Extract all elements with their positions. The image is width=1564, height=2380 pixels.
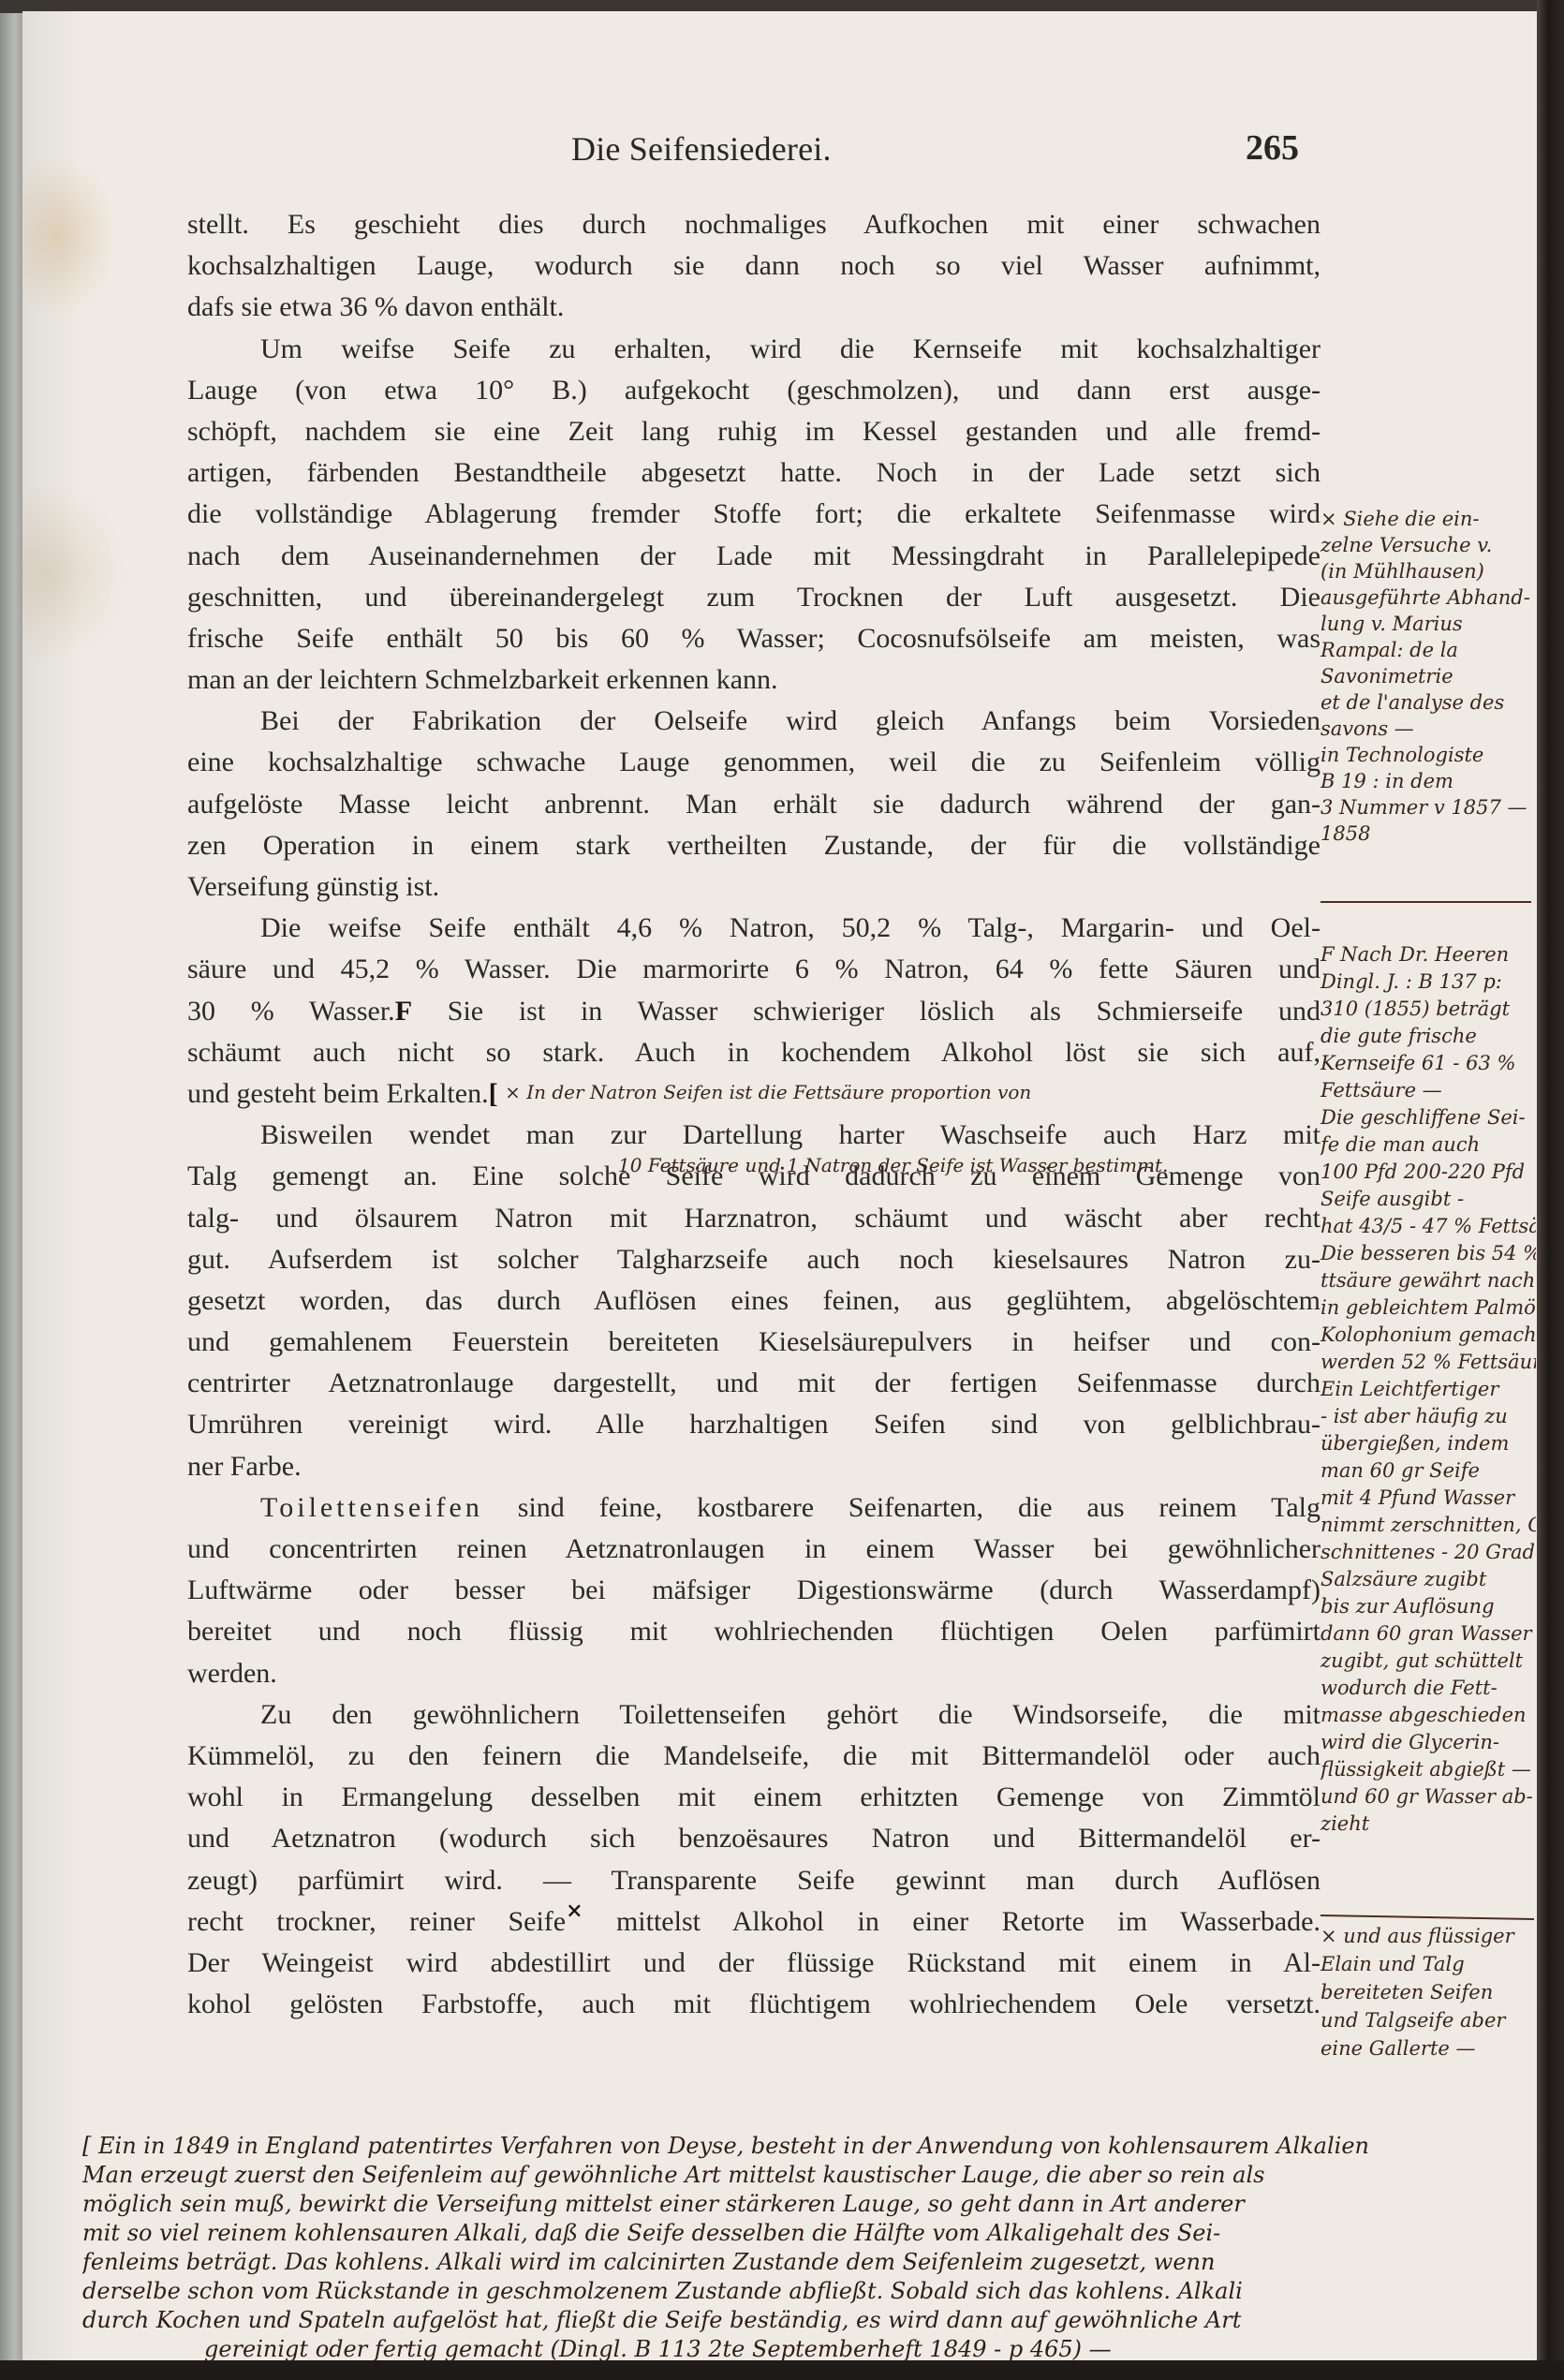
note-line: fe die man auch (1321, 1131, 1536, 1159)
running-head: Die Seifensiederei. (571, 129, 832, 169)
note-line: gereinigt oder fertig gemacht (Dingl. B … (82, 2335, 1525, 2364)
note-line: Dingl. J. : B 137 p: (1321, 968, 1536, 996)
text-line: Umrühren vereinigt wird. Alle harzhaltig… (187, 1404, 1321, 1445)
note-line: ausgeführte Abhand- (1321, 584, 1536, 611)
note-line: [ Ein in 1849 in England patentirtes Ver… (82, 2132, 1525, 2161)
note-line: Die geschliffene Sei- (1321, 1104, 1536, 1131)
margin-divider-rule (1321, 901, 1531, 903)
note-line: und 60 gr Wasser ab- (1321, 1783, 1536, 1811)
note-line: Seife ausgibt - (1321, 1186, 1536, 1213)
note-line: bis zur Auflösung (1321, 1593, 1536, 1620)
text-line: und gesteht beim Erkalten.[ × In der Nat… (187, 1073, 1321, 1115)
note-line: 3 Nummer v 1857 — (1321, 794, 1536, 820)
note-line: Rampal: de la (1321, 637, 1536, 663)
text-line: Toilettenseifen sind feine, kostbarere S… (187, 1487, 1321, 1529)
note-line: möglich sein muß, bewirkt die Verseifung… (82, 2190, 1525, 2219)
text-line: nach dem Auseinandernehmen der Lade mit … (187, 536, 1321, 577)
text-line: Die weifse Seife enthält 4,6 % Natron, 5… (187, 908, 1321, 949)
text-line: schöpft, nachdem sie eine Zeit lang ruhi… (187, 411, 1321, 452)
note-line: hat 43/5 - 47 % Fettsäure (1321, 1213, 1536, 1240)
note-line: 100 Pfd 200-220 Pfd (1321, 1159, 1536, 1186)
note-line: zieht (1321, 1811, 1536, 1838)
note-line: F Nach Dr. Heeren (1321, 941, 1536, 968)
text-line: kochsalzhaltigen Lauge, wodurch sie dann… (187, 245, 1321, 287)
note-line: Ein Leichtfertiger (1321, 1376, 1536, 1403)
handwritten-footnote: [ Ein in 1849 in England patentirtes Ver… (82, 2132, 1525, 2364)
note-line: derselbe schon vom Rückstande in geschmo… (82, 2277, 1525, 2306)
text-line: aufgelöste Masse leicht anbrennt. Man er… (187, 784, 1321, 825)
note-line: fenleims beträgt. Das kohlens. Alkali wi… (82, 2248, 1525, 2277)
text-line: artigen, färbenden Bestandtheile abgeset… (187, 452, 1321, 494)
text-line: 30 % Wasser.F Sie ist in Wasser schwieri… (187, 991, 1321, 1032)
inline-handwritten-note: × In der Natron Seifen ist die Fettsäure… (505, 1081, 1031, 1103)
note-line: bereiteten Seifen (1321, 1978, 1536, 2006)
note-line: masse abgeschieden (1321, 1702, 1536, 1729)
note-line: - ist aber häufig zu (1321, 1403, 1536, 1430)
text-line: ner Farbe. (187, 1446, 1321, 1487)
note-line: savons — (1321, 716, 1536, 742)
note-line: et de l'analyse des (1321, 689, 1536, 716)
note-line: Kernseife 61 - 63 % (1321, 1050, 1536, 1077)
note-line: flüssigkeit abgießt — (1321, 1756, 1536, 1783)
note-line: B 19 : in dem (1321, 768, 1536, 794)
text-line: Der Weingeist wird abdestillirt und der … (187, 1943, 1321, 1984)
text-line: geschnitten, und übereinandergelegt zum … (187, 577, 1321, 618)
text-fragment: mittelst Alkohol in einer Retorte im Was… (616, 1906, 1321, 1937)
text-line: bereitet und noch flüssig mit wohlrieche… (187, 1611, 1321, 1652)
text-line: talg- und ölsaurem Natron mit Harznatron… (187, 1198, 1321, 1239)
note-line: Kolophonium gemacht (1321, 1322, 1536, 1349)
book-spine (0, 0, 24, 2380)
note-line: und Talgseife aber (1321, 2006, 1536, 2034)
note-line: übergießen, indem (1321, 1430, 1536, 1457)
text-line: Kümmelöl, zu den feinern die Mandelseife… (187, 1736, 1321, 1777)
note-line: Salzsäure zugibt (1321, 1566, 1536, 1593)
text-line: und Aetznatron (wodurch sich benzoësaure… (187, 1818, 1321, 1859)
note-line: ttsäure gewährt nach (1321, 1267, 1536, 1294)
text-line: und gemahlenem Feuerstein bereiteten Kie… (187, 1322, 1321, 1363)
text-line: werden. (187, 1653, 1321, 1694)
note-line: die gute frische (1321, 1023, 1536, 1050)
text-line: wohl in Ermangelung desselben mit einem … (187, 1777, 1321, 1818)
note-line: lung v. Marius (1321, 611, 1536, 637)
text-line: säure und 45,2 % Wasser. Die marmorirte … (187, 949, 1321, 990)
note-line: Elain und Talg (1321, 1950, 1536, 1978)
note-line: in Technologiste (1321, 742, 1536, 768)
note-line: wird die Glycerin- (1321, 1729, 1536, 1756)
note-line: dann 60 gran Wasser (1321, 1620, 1536, 1648)
insertion-mark-bracket: [ (489, 1078, 498, 1109)
text-fragment: recht trockner, reiner Seife (187, 1906, 566, 1937)
note-line: man 60 gr Seife (1321, 1457, 1536, 1485)
insertion-mark-f: F (395, 996, 412, 1027)
text-line: eine kochsalzhaltige schwache Lauge geno… (187, 742, 1321, 783)
note-line: mit so viel reinem kohlensauren Alkali, … (82, 2219, 1525, 2248)
body-text: stellt. Es geschieht dies durch nochmali… (187, 204, 1321, 2025)
text-line: Um weifse Seife zu erhalten, wird die Ke… (187, 329, 1321, 370)
text-line: recht trockner, reiner Seife× mittelst A… (187, 1901, 1321, 1943)
text-line: zeugt) parfümirt wird. — Transparente Se… (187, 1860, 1321, 1901)
note-line: Fettsäure — (1321, 1077, 1536, 1104)
text-line: zen Operation in einem stark vertheilten… (187, 825, 1321, 866)
text-line: Bisweilen wendet man zur Dartellung hart… (187, 1115, 1321, 1156)
text-fragment: sind feine, kostbarere Seifenarten, die … (518, 1492, 1321, 1523)
text-line: und concentrirten reinen Aetznatronlauge… (187, 1529, 1321, 1570)
note-line: zugibt, gut schüttelt (1321, 1648, 1536, 1675)
insertion-mark-x: × (566, 1899, 583, 1923)
note-line: durch Kochen und Spateln aufgelöst hat, … (82, 2306, 1525, 2335)
margin-note-heeren: F Nach Dr. Heeren Dingl. J. : B 137 p: 3… (1321, 941, 1536, 1838)
text-line: centrirter Aetznatronlauge dargestellt, … (187, 1363, 1321, 1404)
text-line: kohol gelösten Farbstoffe, auch mit flüc… (187, 1984, 1321, 2025)
text-fragment: und gesteht beim Erkalten. (187, 1078, 489, 1109)
text-line: man an der leichtern Schmelzbarkeit erke… (187, 659, 1321, 701)
page-number: 265 (1246, 127, 1299, 169)
margin-note-savonimetrie: × Siehe die ein- zelne Versuche v. (in M… (1321, 506, 1536, 847)
text-fragment: Sie ist in Wasser schwieriger löslich al… (448, 996, 1321, 1027)
text-fragment: 30 % Wasser. (187, 996, 395, 1027)
text-line: Zu den gewöhnlichern Toilettenseifen geh… (187, 1694, 1321, 1736)
text-line: Luftwärme oder besser bei mäfsiger Diges… (187, 1570, 1321, 1611)
margin-note-transparent-soap: × und aus flüssiger Elain und Talg berei… (1321, 1922, 1536, 2062)
note-line: nimmt zerschnitten, Ge- (1321, 1512, 1536, 1539)
text-line: stellt. Es geschieht dies durch nochmali… (187, 204, 1321, 245)
note-line: eine Gallerte — (1321, 2034, 1536, 2062)
note-line: × und aus flüssiger (1321, 1922, 1536, 1950)
note-line: zelne Versuche v. (1321, 532, 1536, 558)
note-line: Man erzeugt zuerst den Seifenleim auf ge… (82, 2161, 1525, 2190)
text-line: gesetzt worden, das durch Auflösen eines… (187, 1280, 1321, 1322)
inline-handwritten-note-line2: 10 Fettsäure und 1 Natron der Seife ist … (618, 1154, 1168, 1176)
text-line: die vollständige Ablagerung fremder Stof… (187, 494, 1321, 535)
note-line: 1858 (1321, 820, 1536, 847)
text-line: dafs sie etwa 36 % davon enthält. (187, 287, 1321, 328)
note-line: mit 4 Pfund Wasser (1321, 1485, 1536, 1512)
text-line: Lauge (von etwa 10° B.) aufgekocht (gesc… (187, 370, 1321, 411)
text-line: frische Seife enthält 50 bis 60 % Wasser… (187, 618, 1321, 659)
note-line: in gebleichtem Palmöl (1321, 1294, 1536, 1322)
term-toilettenseifen: Toilettenseifen (260, 1492, 483, 1523)
note-line: wodurch die Fett- (1321, 1675, 1536, 1702)
right-binding-edge (1537, 0, 1564, 2380)
note-line: 310 (1855) beträgt (1321, 996, 1536, 1023)
note-line: werden 52 % Fettsäure (1321, 1349, 1536, 1376)
note-line: (in Mühlhausen) (1321, 558, 1536, 584)
text-line: Bei der Fabrikation der Oelseife wird gl… (187, 701, 1321, 742)
note-line: × Siehe die ein- (1321, 506, 1536, 532)
text-line: gut. Aufserdem ist solcher Talgharzseife… (187, 1239, 1321, 1280)
note-line: schnittenes - 20 Grade (1321, 1539, 1536, 1566)
note-line: Savonimetrie (1321, 663, 1536, 689)
note-line: Die besseren bis 54 % Fe- (1321, 1240, 1536, 1267)
text-line: Verseifung günstig ist. (187, 866, 1321, 908)
text-line: schäumt auch nicht so stark. Auch in koc… (187, 1032, 1321, 1073)
